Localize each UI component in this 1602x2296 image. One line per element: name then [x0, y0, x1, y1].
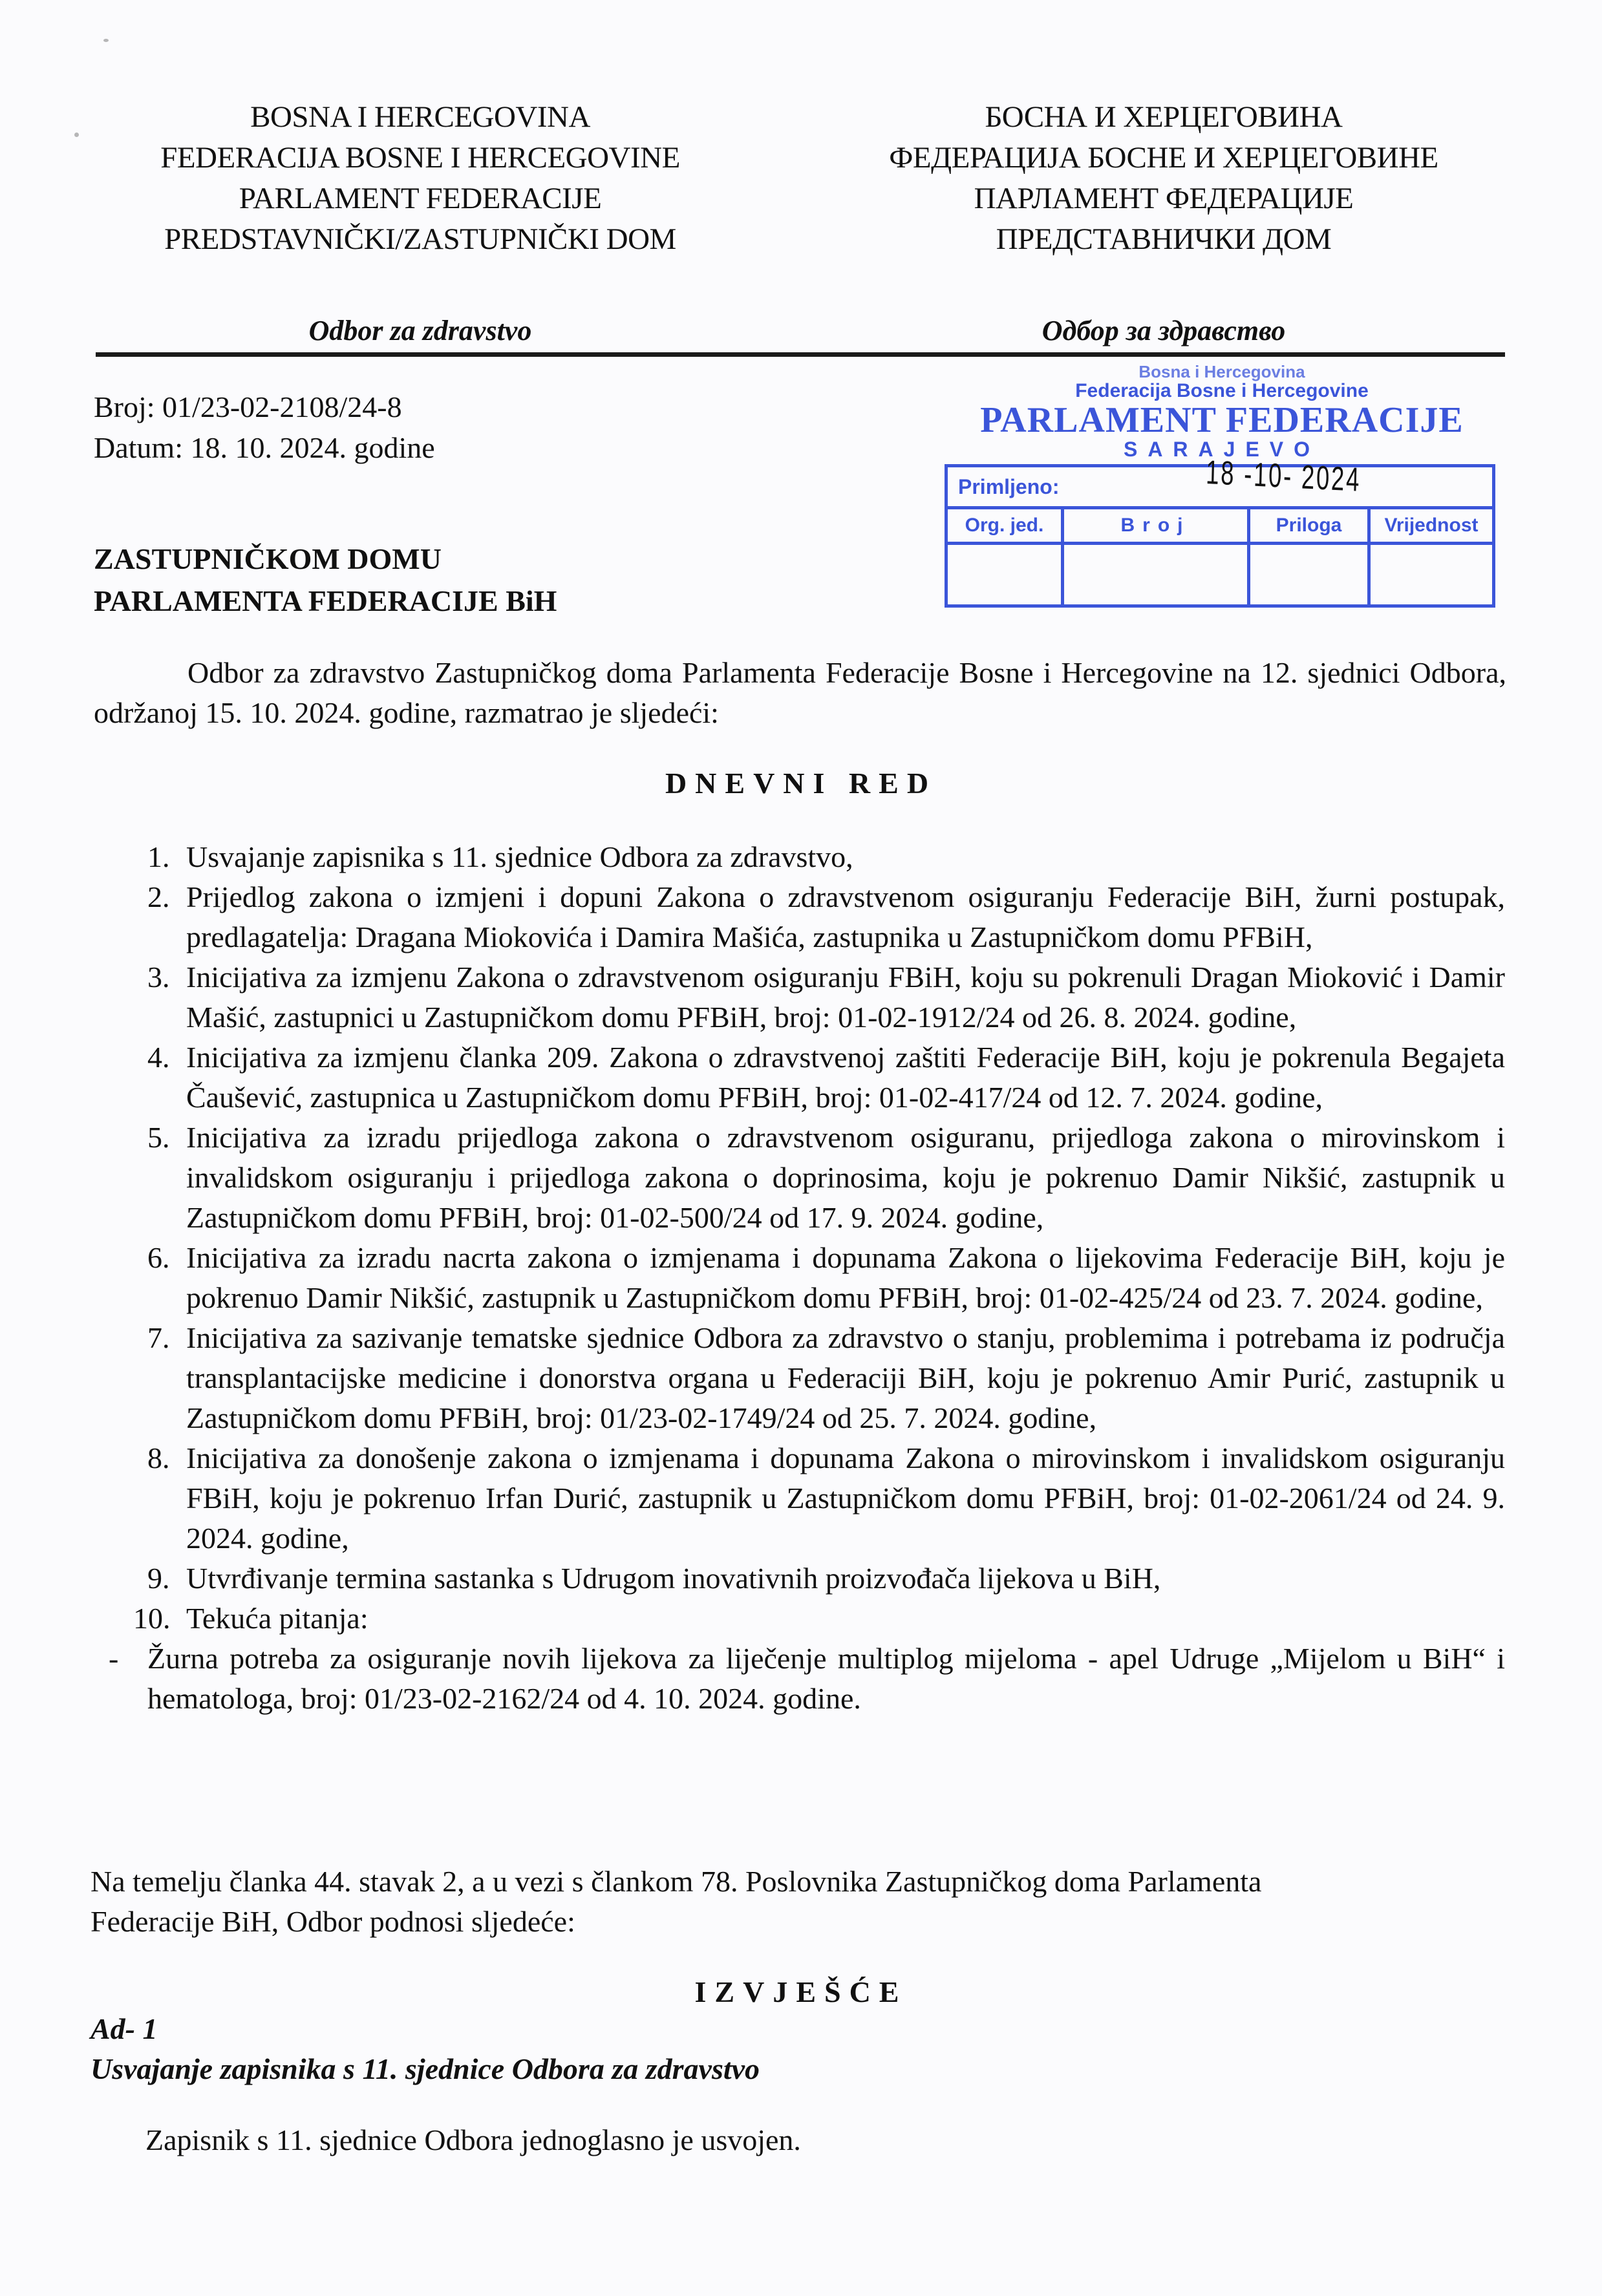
stamp-col-number: Broj: [1064, 509, 1250, 604]
agenda-item-number: 10.: [133, 1599, 171, 1639]
agenda-item-text: Prijedlog zakona o izmjeni i dopuni Zako…: [186, 880, 1505, 953]
current-issue-item: -Žurna potreba za osiguranje novih lijek…: [109, 1639, 1505, 1719]
ad-1-title: Usvajanje zapisnika s 11. sjednice Odbor…: [91, 2049, 760, 2089]
agenda-item: 1.Usvajanje zapisnika s 11. sjednice Odb…: [147, 837, 1505, 877]
agenda-item: 2.Prijedlog zakona o izmjeni i dopuni Za…: [147, 877, 1505, 957]
recipient: ZASTUPNIČKOM DOMU PARLAMENTA FEDERACIJE …: [94, 538, 557, 622]
agenda-item: 8.Inicijativa za donošenje zakona o izmj…: [147, 1438, 1505, 1558]
stamp-country: Bosna i Hercegovina: [941, 362, 1503, 381]
stamp-col-header: Priloga: [1250, 509, 1367, 545]
agenda-item-text: Usvajanje zapisnika s 11. sjednice Odbor…: [186, 840, 853, 873]
header-parliament-cyr: ПАРЛАМЕНТ ФЕДЕРАЦИЈЕ: [828, 178, 1500, 219]
intro-paragraph: Odbor za zdravstvo Zastupničkog doma Par…: [94, 653, 1506, 733]
agenda-item-text: Inicijativa za donošenje zakona o izmjen…: [186, 1441, 1505, 1555]
agenda-item-number: 3.: [147, 957, 170, 997]
header-country-cyr: БОСНА И ХЕРЦЕГОВИНА: [828, 97, 1500, 138]
agenda-item: 6.Inicijativa za izradu nacrta zakona o …: [147, 1238, 1505, 1318]
agenda-item-text: Inicijativa za izmjenu Zakona o zdravstv…: [186, 961, 1505, 1034]
ad-1-label: Ad- 1: [91, 2009, 760, 2049]
agenda-item-number: 7.: [147, 1318, 170, 1358]
agenda-item: 10.Tekuća pitanja:: [147, 1599, 1505, 1639]
header-latin: BOSNA I HERCEGOVINA FEDERACIJA BOSNE I H…: [97, 97, 743, 351]
agenda-item-text: Inicijativa za izradu prijedloga zakona …: [186, 1121, 1505, 1234]
header-house: PREDSTAVNIČKI/ZASTUPNIČKI DOM: [97, 219, 743, 260]
agenda-item-number: 1.: [147, 837, 170, 877]
header-entity-cyr: ФЕДЕРАЦИЈА БОСНЕ И ХЕРЦЕГОВИНЕ: [828, 138, 1500, 178]
agenda-item: 7.Inicijativa za sazivanje tematske sjed…: [147, 1318, 1505, 1438]
agenda-item: 4.Inicijativa za izmjenu članka 209. Zak…: [147, 1037, 1505, 1118]
agenda-item-number: 5.: [147, 1118, 170, 1158]
stamp-col-header: Org. jed.: [948, 509, 1061, 545]
agenda-item-text: Inicijativa za sazivanje tematske sjedni…: [186, 1321, 1505, 1434]
legal-basis-paragraph: Na temelju članka 44. stavak 2, a u vezi…: [91, 1862, 1383, 1942]
document-number: Broj: 01/23-02-2108/24-8: [94, 387, 435, 427]
stamp-col-attachments: Priloga: [1250, 509, 1371, 604]
header-committee-cyr: Одбор за здравство: [828, 310, 1500, 351]
stamp-entity: Federacija Bosne i Hercegovine: [941, 380, 1503, 402]
stamp-col-header: Vrijednost: [1371, 509, 1492, 545]
agenda-list: 1.Usvajanje zapisnika s 11. sjednice Odb…: [147, 837, 1505, 1719]
header-cyrillic: БОСНА И ХЕРЦЕГОВИНА ФЕДЕРАЦИЈА БОСНЕ И Х…: [828, 97, 1500, 351]
agenda-item-text: Inicijativa za izmjenu članka 209. Zakon…: [186, 1041, 1505, 1114]
agenda-item: 5.Inicijativa za izradu prijedloga zakon…: [147, 1118, 1505, 1238]
stamp-received-date: 18 -10- 2024: [1206, 453, 1362, 500]
header-country: BOSNA I HERCEGOVINA: [97, 97, 743, 138]
received-stamp: Bosna i Hercegovina Federacija Bosne i H…: [941, 362, 1503, 608]
recipient-line-2: PARLAMENTA FEDERACIJE BiH: [94, 580, 557, 622]
agenda-item: 3.Inicijativa za izmjenu Zakona o zdravs…: [147, 957, 1505, 1037]
agenda-item-number: 2.: [147, 877, 170, 917]
scan-speck: [103, 39, 109, 42]
header-entity: FEDERACIJA BOSNE I HERCEGOVINE: [97, 138, 743, 178]
stamp-received-row: Primljeno: 18 -10- 2024: [948, 467, 1492, 509]
report-title: IZVJEŠĆE: [0, 1975, 1602, 2009]
agenda-item-number: 9.: [147, 1558, 170, 1599]
header-house-cyr: ПРЕДСТАВНИЧКИ ДОМ: [828, 219, 1500, 260]
document-page: BOSNA I HERCEGOVINA FEDERACIJA BOSNE I H…: [0, 0, 1602, 2296]
bullet-dash-icon: -: [109, 1639, 118, 1679]
current-issue-text: Žurna potreba za osiguranje novih lijeko…: [147, 1642, 1505, 1715]
agenda-title: DNEVNI RED: [0, 766, 1602, 800]
stamp-col-value: Vrijednost: [1371, 509, 1492, 604]
stamp-received-label: Primljeno:: [958, 475, 1059, 499]
header-parliament: PARLAMENT FEDERACIJE: [97, 178, 743, 219]
ad-1-result: Zapisnik s 11. sjednice Odbora jednoglas…: [145, 2120, 801, 2160]
stamp-columns: Org. jed. Broj Priloga Vrijednost: [948, 509, 1492, 604]
header-committee: Odbor za zdravstvo: [97, 310, 743, 351]
stamp-col-org: Org. jed.: [948, 509, 1064, 604]
agenda-item-text: Utvrđivanje termina sastanka s Udrugom i…: [186, 1562, 1160, 1595]
ad-1-heading: Ad- 1 Usvajanje zapisnika s 11. sjednice…: [91, 2009, 760, 2089]
agenda-item-number: 8.: [147, 1438, 170, 1478]
agenda-item-number: 4.: [147, 1037, 170, 1078]
agenda-item-text: Tekuća pitanja:: [186, 1602, 368, 1635]
agenda-item-text: Inicijativa za izradu nacrta zakona o iz…: [186, 1241, 1505, 1314]
agenda-item: 9.Utvrđivanje termina sastanka s Udrugom…: [147, 1558, 1505, 1599]
recipient-line-1: ZASTUPNIČKOM DOMU: [94, 538, 557, 580]
scan-speck: [74, 133, 79, 137]
stamp-table: Primljeno: 18 -10- 2024 Org. jed. Broj P…: [945, 464, 1495, 608]
agenda-item-number: 6.: [147, 1238, 170, 1278]
document-meta: Broj: 01/23-02-2108/24-8 Datum: 18. 10. …: [94, 387, 435, 468]
header-divider: [96, 352, 1505, 357]
stamp-col-header: Broj: [1064, 509, 1247, 545]
document-date: Datum: 18. 10. 2024. godine: [94, 427, 435, 468]
stamp-parliament: PARLAMENT FEDERACIJE: [941, 402, 1503, 438]
